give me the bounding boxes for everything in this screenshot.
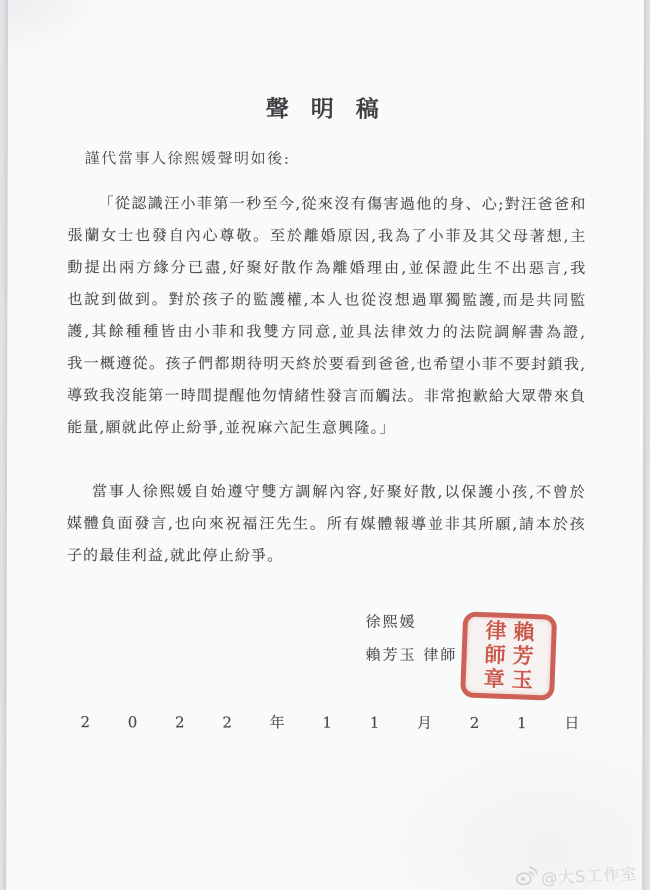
paragraph-line: 能量,願就此停止紛爭,並祝麻六記生意興隆。」 bbox=[67, 411, 586, 444]
statement-paragraph-2: 當事人徐熙媛自始遵守雙方調解內容,好聚好散,以保護小孩,不曾於 媒體負面發言,也… bbox=[67, 475, 586, 572]
paragraph-line: 張蘭女士也發自內心尊敬。至於離婚原因,我為了小菲及其父母著想,主 bbox=[67, 219, 586, 252]
date-char: 日 bbox=[564, 707, 579, 739]
date-char: 年 bbox=[270, 707, 285, 739]
date-char: 2 bbox=[470, 707, 480, 739]
paragraph-line: 導致我沒能第一時間提醒他勿情緒性發言而觸法。非常抱歉給大眾帶來負 bbox=[67, 379, 586, 412]
date-char: 2 bbox=[222, 706, 232, 738]
date-char: 2 bbox=[175, 706, 185, 738]
paragraph-line: 媒體負面發言,也向來祝福汪先生。所有媒體報導並非其所願,請本於孩 bbox=[67, 507, 586, 540]
seal-left-column-text: 律師章 bbox=[483, 619, 507, 692]
page-title: 聲 明 稿 bbox=[8, 90, 644, 124]
paragraph-line: 我一概遵從。孩子們都期待明天終於要看到爸爸,也希望小菲不要封鎖我, bbox=[67, 347, 586, 380]
signature-lawyer-name: 賴芳玉 律師 bbox=[366, 642, 458, 668]
date-char: 月 bbox=[417, 707, 432, 739]
weibo-icon bbox=[513, 864, 538, 890]
date-char: 1 bbox=[370, 707, 380, 739]
date-char: 1 bbox=[322, 707, 332, 739]
paragraph-line: 動提出兩方緣分已盡,好聚好散作為離婚理由,並保證此生不出惡言,我 bbox=[67, 251, 586, 284]
paragraph-line: 「從認識汪小菲第一秒至今,從來沒有傷害過他的身、心;對汪爸爸和 bbox=[68, 187, 587, 220]
statement-paragraph-1: 「從認識汪小菲第一秒至今,從來沒有傷害過他的身、心;對汪爸爸和 張蘭女士也發自內… bbox=[67, 187, 587, 444]
intro-line: 謹代當事人徐熙媛聲明如後: bbox=[85, 146, 588, 171]
photo-of-statement-document: { "doc": { "title": "聲 明 稿", "intro": "謹… bbox=[0, 0, 650, 890]
signature-principal-name: 徐熙媛 bbox=[366, 609, 417, 635]
paragraph-line: 也說到做到。對於孩子的監護權,本人也從沒想過單獨監護,而是共同監 bbox=[67, 283, 586, 316]
date-char: 1 bbox=[517, 707, 527, 739]
date-char: 2 bbox=[80, 706, 90, 738]
paragraph-line: 護,其餘種種皆由小菲和我雙方同意,並具法律效力的法院調解書為證, bbox=[67, 315, 586, 348]
seal-right-column-text: 賴芳玉 bbox=[511, 620, 535, 693]
date-char: 0 bbox=[128, 706, 138, 738]
paper-sheet: 聲 明 稿 謹代當事人徐熙媛聲明如後: 「從認識汪小菲第一秒至今,從來沒有傷害過… bbox=[6, 0, 644, 890]
date-line: 2 0 2 2 年 1 1 月 2 1 日 bbox=[80, 706, 579, 739]
lawyer-seal-stamp: 律師章 賴芳玉 bbox=[460, 611, 557, 700]
weibo-watermark: @大S工作室 bbox=[513, 859, 637, 890]
watermark-text: @大S工作室 bbox=[540, 861, 637, 889]
paragraph-line: 子的最佳利益,就此停止紛爭。 bbox=[67, 539, 586, 572]
paragraph-line: 當事人徐熙媛自始遵守雙方調解內容,好聚好散,以保護小孩,不曾於 bbox=[67, 475, 586, 508]
